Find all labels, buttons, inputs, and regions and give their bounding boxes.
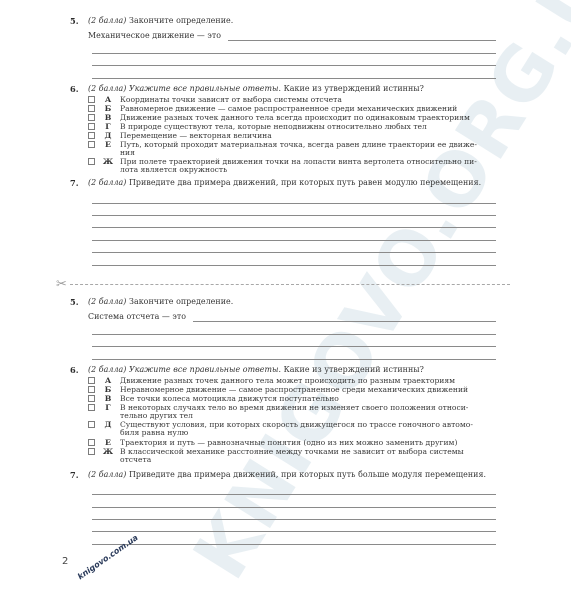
checkbox[interactable]	[88, 114, 95, 121]
option-letter: В	[102, 394, 114, 403]
answer-line[interactable]	[92, 346, 496, 347]
checkbox[interactable]	[88, 158, 95, 165]
definition-stem: Механическое движение — это	[88, 31, 221, 40]
checkbox[interactable]	[88, 105, 95, 112]
question-number: 5.	[70, 16, 79, 26]
option-text-continued: отсчета	[120, 455, 151, 464]
option-text: В классической механике расстояние между…	[120, 447, 464, 456]
answer-line[interactable]	[92, 65, 496, 66]
points-label: (2 балла)	[88, 297, 126, 306]
question-number: 6.	[70, 365, 79, 375]
question-number: 7.	[70, 470, 79, 480]
answer-line[interactable]	[92, 359, 496, 360]
answer-line[interactable]	[193, 321, 496, 322]
option-text: Движение разных точек данного тела может…	[120, 376, 455, 385]
answer-line[interactable]	[92, 507, 496, 508]
option-text-continued: ния	[120, 148, 135, 157]
option-letter: Д	[102, 420, 114, 429]
answer-line[interactable]	[228, 40, 496, 41]
answer-line[interactable]	[92, 544, 496, 545]
checkbox[interactable]	[88, 395, 95, 402]
checkbox[interactable]	[88, 123, 95, 130]
instruction-text: Укажите все правильные ответы.	[129, 84, 281, 93]
answer-line[interactable]	[92, 494, 496, 495]
question-number: 5.	[70, 297, 79, 307]
option-letter: А	[102, 95, 114, 104]
option-text: Все точки колеса мотоцикла движутся пост…	[120, 394, 339, 403]
prompt-text: Закончите определение.	[129, 297, 233, 306]
question-7-prompt: (2 балла) Приведите два примера движений…	[88, 470, 486, 479]
option-letter: Г	[102, 122, 114, 131]
answer-line[interactable]	[92, 203, 496, 204]
option-letter: Е	[102, 438, 114, 447]
option-text: В природе существуют тела, которые непод…	[120, 122, 427, 131]
instruction-text: Укажите все правильные ответы.	[129, 365, 281, 374]
answer-line[interactable]	[92, 252, 496, 253]
option-text-continued: биля равна нулю	[120, 428, 188, 437]
answer-line[interactable]	[92, 227, 496, 228]
prompt-text: Приведите два примера движений, при кото…	[129, 470, 486, 479]
question-5-prompt: (2 балла) Закончите определение.	[88, 297, 233, 306]
option-text: Неравномерное движение — самое распростр…	[120, 385, 468, 394]
definition-stem: Система отсчета — это	[88, 312, 186, 321]
answer-line[interactable]	[92, 519, 496, 520]
question-7-prompt: (2 балла) Приведите два примера движений…	[88, 178, 481, 187]
answer-line[interactable]	[92, 240, 496, 241]
question-number: 6.	[70, 84, 79, 94]
cut-line-divider	[70, 284, 510, 285]
points-label: (2 балла)	[88, 470, 126, 479]
points-label: (2 балла)	[88, 365, 126, 374]
question-6-prompt: (2 балла) Укажите все правильные ответы.…	[88, 365, 424, 374]
points-label: (2 балла)	[88, 178, 126, 187]
checkbox[interactable]	[88, 404, 95, 411]
option-text: Координаты точки зависят от выбора систе…	[120, 95, 342, 104]
option-letter: Б	[102, 104, 114, 113]
points-label: (2 балла)	[88, 84, 126, 93]
page-number: 2	[62, 556, 68, 567]
checkbox[interactable]	[88, 377, 95, 384]
option-letter: Е	[102, 140, 114, 149]
question-5-prompt: (2 балла) Закончите определение.	[88, 16, 233, 25]
prompt-text: Какие из утверждений истинны?	[284, 84, 424, 93]
answer-line[interactable]	[92, 215, 496, 216]
answer-line[interactable]	[92, 334, 496, 335]
answer-line[interactable]	[92, 53, 496, 54]
worksheet-page: KNIGOVO.ORG.UA 5. (2 балла) Закончите оп…	[0, 0, 571, 600]
question-number: 7.	[70, 178, 79, 188]
checkbox[interactable]	[88, 96, 95, 103]
checkbox[interactable]	[88, 141, 95, 148]
option-text: Движение разных точек данного тела всегд…	[120, 113, 470, 122]
option-letter: Ж	[102, 447, 114, 456]
answer-line[interactable]	[92, 265, 496, 266]
points-label: (2 балла)	[88, 16, 126, 25]
option-letter: Б	[102, 385, 114, 394]
site-watermark: knigovo.com.ua	[76, 533, 140, 581]
option-letter: А	[102, 376, 114, 385]
prompt-text: Приведите два примера движений, при кото…	[129, 178, 481, 187]
question-6-prompt: (2 балла) Укажите все правильные ответы.…	[88, 84, 424, 93]
option-text: Равномерное движение — самое распростран…	[120, 104, 457, 113]
answer-line[interactable]	[92, 78, 496, 79]
option-letter: Ж	[102, 157, 114, 166]
answer-line[interactable]	[92, 531, 496, 532]
prompt-text: Какие из утверждений истинны?	[284, 365, 424, 374]
option-text-continued: лота является окружность	[120, 165, 227, 174]
scissors-icon: ✂	[56, 277, 67, 292]
option-text: Путь, который проходит материальная точк…	[120, 140, 477, 149]
checkbox[interactable]	[88, 132, 95, 139]
option-text: Траектория и путь — равнозначные понятия…	[120, 438, 457, 447]
option-text-continued: тельно других тел	[120, 411, 193, 420]
checkbox[interactable]	[88, 386, 95, 393]
option-letter: Д	[102, 131, 114, 140]
option-text: Перемещение — векторная величина	[120, 131, 272, 140]
checkbox[interactable]	[88, 421, 95, 428]
prompt-text: Закончите определение.	[129, 16, 233, 25]
checkbox[interactable]	[88, 439, 95, 446]
option-letter: Г	[102, 403, 114, 412]
option-letter: В	[102, 113, 114, 122]
checkbox[interactable]	[88, 448, 95, 455]
